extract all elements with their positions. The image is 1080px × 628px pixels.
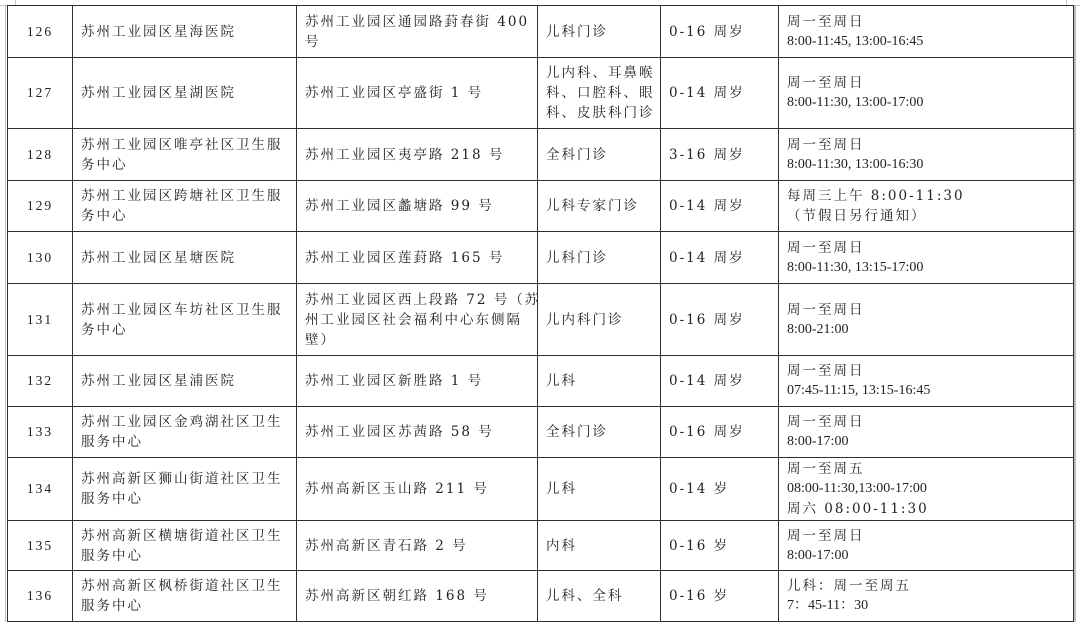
department: 儿科	[538, 458, 661, 521]
opening-hours: 儿科：周一至周五7：45-11：30	[779, 571, 1074, 622]
hours-day-line: 周一至周日	[787, 238, 1065, 258]
table-row: 129 苏州工业园区跨塘社区卫生服务中心 苏州工业园区蠡塘路 99 号 儿科专家…	[8, 181, 1074, 232]
facility-name: 苏州高新区狮山街道社区卫生服务中心	[73, 458, 297, 521]
hours-time-line: 8:00-17:00	[787, 546, 1065, 566]
facility-address-line: 苏州工业园区新胜路 1 号	[305, 371, 529, 391]
clinic-table: 126 苏州工业园区星海医院 苏州工业园区通园路葑春街 400号 儿科门诊 0-…	[7, 5, 1074, 622]
hours-time-line: 8:00-11:30, 13:15-17:00	[787, 258, 1065, 278]
hours-day-line: 周一至周日	[787, 135, 1065, 155]
hours-time-line: 8:00-11:30, 13:00-17:00	[787, 93, 1065, 113]
department: 儿科专家门诊	[538, 181, 661, 232]
department-line: 儿科	[546, 371, 652, 391]
row-number: 132	[8, 356, 73, 407]
facility-address-line: 苏州工业园区西上段路 72 号（苏	[305, 290, 529, 310]
row-number: 126	[8, 6, 73, 58]
department: 全科门诊	[538, 407, 661, 458]
age-range: 0-16 周岁	[661, 6, 779, 58]
hours-time-line: 08:00-11:30,13:00-17:00	[787, 479, 1065, 499]
age-range: 0-16 周岁	[661, 407, 779, 458]
age-range: 0-14 周岁	[661, 356, 779, 407]
table-body: 126 苏州工业园区星海医院 苏州工业园区通园路葑春街 400号 儿科门诊 0-…	[8, 6, 1074, 622]
facility-name-line: 苏州工业园区星海医院	[81, 22, 288, 42]
hours-time-line: 7：45-11：30	[787, 596, 1065, 616]
facility-address-line: 苏州工业园区蠡塘路 99 号	[305, 196, 529, 216]
facility-name: 苏州工业园区跨塘社区卫生服务中心	[73, 181, 297, 232]
department: 儿内科门诊	[538, 284, 661, 356]
facility-address: 苏州工业园区通园路葑春街 400号	[297, 6, 538, 58]
facility-name: 苏州工业园区车坊社区卫生服务中心	[73, 284, 297, 356]
age-range: 0-16 岁	[661, 571, 779, 622]
facility-name-line: 苏州高新区狮山街道社区卫生	[81, 469, 288, 489]
facility-name-line: 苏州工业园区星塘医院	[81, 248, 288, 268]
department: 儿科门诊	[538, 232, 661, 284]
facility-address-line: 苏州高新区玉山路 211 号	[305, 479, 529, 499]
facility-name-line: 服务中心	[81, 596, 288, 616]
hours-time-line: 07:45-11:15, 13:15-16:45	[787, 381, 1065, 401]
facility-name: 苏州高新区枫桥街道社区卫生服务中心	[73, 571, 297, 622]
facility-address-line: 苏州工业园区莲葑路 165 号	[305, 248, 529, 268]
facility-address-line: 苏州高新区青石路 2 号	[305, 536, 529, 556]
facility-name-line: 苏州工业园区金鸡湖社区卫生	[81, 412, 288, 432]
table-row: 130 苏州工业园区星塘医院 苏州工业园区莲葑路 165 号 儿科门诊 0-14…	[8, 232, 1074, 284]
facility-name-line: 务中心	[81, 155, 288, 175]
hours-day-line: 周一至周五	[787, 459, 1065, 479]
facility-address: 苏州工业园区蠡塘路 99 号	[297, 181, 538, 232]
hours-time-line: 8:00-21:00	[787, 320, 1065, 340]
facility-address-line: 苏州工业园区通园路葑春街 400	[305, 12, 529, 32]
opening-hours: 周一至周五08:00-11:30,13:00-17:00周六 08:00-11:…	[779, 458, 1074, 521]
department-line: 科、皮肤科门诊	[546, 103, 652, 123]
facility-name: 苏州高新区横塘街道社区卫生服务中心	[73, 521, 297, 571]
table-row: 136 苏州高新区枫桥街道社区卫生服务中心 苏州高新区朝红路 168 号 儿科、…	[8, 571, 1074, 622]
facility-name-line: 服务中心	[81, 432, 288, 452]
row-number: 127	[8, 58, 73, 129]
department-line: 内科	[546, 536, 652, 556]
facility-name-line: 苏州工业园区跨塘社区卫生服	[81, 186, 288, 206]
age-range: 0-14 岁	[661, 458, 779, 521]
facility-address: 苏州工业园区莲葑路 165 号	[297, 232, 538, 284]
department-line: 科、口腔科、眼	[546, 83, 652, 103]
facility-name: 苏州工业园区星海医院	[73, 6, 297, 58]
facility-address-line: 州工业园区社会福利中心东侧隔	[305, 310, 529, 330]
hours-time-line: 8:00-17:00	[787, 432, 1065, 452]
row-number: 130	[8, 232, 73, 284]
department-line: 全科门诊	[546, 145, 652, 165]
table-row: 133 苏州工业园区金鸡湖社区卫生服务中心 苏州工业园区苏茜路 58 号 全科门…	[8, 407, 1074, 458]
opening-hours: 周一至周日8:00-17:00	[779, 521, 1074, 571]
facility-address-line: 苏州工业园区夷亭路 218 号	[305, 145, 529, 165]
facility-address: 苏州高新区玉山路 211 号	[297, 458, 538, 521]
table-row: 132 苏州工业园区星浦医院 苏州工业园区新胜路 1 号 儿科 0-14 周岁 …	[8, 356, 1074, 407]
opening-hours: 周一至周日8:00-11:30, 13:00-16:30	[779, 129, 1074, 181]
age-range: 0-14 周岁	[661, 232, 779, 284]
age-range: 0-16 岁	[661, 521, 779, 571]
facility-address-line: 苏州高新区朝红路 168 号	[305, 586, 529, 606]
facility-address: 苏州工业园区夷亭路 218 号	[297, 129, 538, 181]
department-line: 儿内科、耳鼻喉	[546, 63, 652, 83]
facility-address-line: 苏州工业园区苏茜路 58 号	[305, 422, 529, 442]
row-number: 134	[8, 458, 73, 521]
table-row: 134 苏州高新区狮山街道社区卫生服务中心 苏州高新区玉山路 211 号 儿科 …	[8, 458, 1074, 521]
age-range: 0-14 周岁	[661, 181, 779, 232]
hours-day-line: 每周三上午 8:00-11:30	[787, 186, 1065, 206]
department: 儿科	[538, 356, 661, 407]
facility-address: 苏州工业园区苏茜路 58 号	[297, 407, 538, 458]
department-line: 全科门诊	[546, 422, 652, 442]
table-row: 127 苏州工业园区星湖医院 苏州工业园区亭盛街 1 号 儿内科、耳鼻喉科、口腔…	[8, 58, 1074, 129]
facility-address: 苏州高新区青石路 2 号	[297, 521, 538, 571]
hours-day-line: 周一至周日	[787, 300, 1065, 320]
facility-name-line: 苏州工业园区唯亭社区卫生服	[81, 135, 288, 155]
hours-day-line: 儿科：周一至周五	[787, 576, 1065, 596]
hours-time-line: 8:00-11:30, 13:00-16:30	[787, 155, 1065, 175]
hours-day-line: （节假日另行通知）	[787, 206, 1065, 226]
row-number: 128	[8, 129, 73, 181]
department-line: 儿科门诊	[546, 22, 652, 42]
hours-day-line: 周一至周日	[787, 361, 1065, 381]
facility-name-line: 苏州工业园区星浦医院	[81, 371, 288, 391]
age-range: 3-16 周岁	[661, 129, 779, 181]
table-row: 135 苏州高新区横塘街道社区卫生服务中心 苏州高新区青石路 2 号 内科 0-…	[8, 521, 1074, 571]
row-number: 135	[8, 521, 73, 571]
department-line: 儿科	[546, 479, 652, 499]
age-range: 0-16 周岁	[661, 284, 779, 356]
hours-day-line: 周六 08:00-11:30	[787, 499, 1065, 519]
age-range: 0-14 周岁	[661, 58, 779, 129]
hours-day-line: 周一至周日	[787, 12, 1065, 32]
facility-address: 苏州工业园区亭盛街 1 号	[297, 58, 538, 129]
opening-hours: 周一至周日07:45-11:15, 13:15-16:45	[779, 356, 1074, 407]
row-number: 131	[8, 284, 73, 356]
opening-hours: 周一至周日8:00-21:00	[779, 284, 1074, 356]
opening-hours: 周一至周日8:00-17:00	[779, 407, 1074, 458]
opening-hours: 周一至周日8:00-11:45, 13:00-16:45	[779, 6, 1074, 58]
department: 儿科门诊	[538, 6, 661, 58]
row-number: 133	[8, 407, 73, 458]
facility-name-line: 务中心	[81, 206, 288, 226]
department: 全科门诊	[538, 129, 661, 181]
facility-address-line: 号	[305, 32, 529, 52]
department: 内科	[538, 521, 661, 571]
facility-name-line: 苏州工业园区星湖医院	[81, 83, 288, 103]
row-number: 136	[8, 571, 73, 622]
department-line: 儿科专家门诊	[546, 196, 652, 216]
facility-address: 苏州工业园区西上段路 72 号（苏州工业园区社会福利中心东侧隔壁）	[297, 284, 538, 356]
table-row: 126 苏州工业园区星海医院 苏州工业园区通园路葑春街 400号 儿科门诊 0-…	[8, 6, 1074, 58]
table-row: 128 苏州工业园区唯亭社区卫生服务中心 苏州工业园区夷亭路 218 号 全科门…	[8, 129, 1074, 181]
facility-address: 苏州工业园区新胜路 1 号	[297, 356, 538, 407]
facility-name-line: 苏州高新区横塘街道社区卫生	[81, 526, 288, 546]
department-line: 儿科门诊	[546, 248, 652, 268]
table-row: 131 苏州工业园区车坊社区卫生服务中心 苏州工业园区西上段路 72 号（苏州工…	[8, 284, 1074, 356]
department-line: 儿内科门诊	[546, 310, 652, 330]
hours-time-line: 8:00-11:45, 13:00-16:45	[787, 32, 1065, 52]
department-line: 儿科、全科	[546, 586, 652, 606]
facility-name-line: 服务中心	[81, 546, 288, 566]
facility-name: 苏州工业园区唯亭社区卫生服务中心	[73, 129, 297, 181]
facility-name-line: 务中心	[81, 320, 288, 340]
facility-name-line: 苏州工业园区车坊社区卫生服	[81, 300, 288, 320]
page-edge	[1074, 5, 1076, 622]
facility-address-line: 壁）	[305, 330, 529, 350]
facility-address: 苏州高新区朝红路 168 号	[297, 571, 538, 622]
opening-hours: 每周三上午 8:00-11:30（节假日另行通知）	[779, 181, 1074, 232]
row-number: 129	[8, 181, 73, 232]
hours-day-line: 周一至周日	[787, 526, 1065, 546]
facility-name: 苏州工业园区星塘医院	[73, 232, 297, 284]
page-edge	[5, 5, 6, 622]
department: 儿内科、耳鼻喉科、口腔科、眼科、皮肤科门诊	[538, 58, 661, 129]
opening-hours: 周一至周日8:00-11:30, 13:15-17:00	[779, 232, 1074, 284]
hours-day-line: 周一至周日	[787, 412, 1065, 432]
department: 儿科、全科	[538, 571, 661, 622]
facility-name: 苏州工业园区金鸡湖社区卫生服务中心	[73, 407, 297, 458]
opening-hours: 周一至周日8:00-11:30, 13:00-17:00	[779, 58, 1074, 129]
facility-name-line: 服务中心	[81, 489, 288, 509]
facility-address-line: 苏州工业园区亭盛街 1 号	[305, 83, 529, 103]
facility-name-line: 苏州高新区枫桥街道社区卫生	[81, 576, 288, 596]
hours-day-line: 周一至周日	[787, 73, 1065, 93]
facility-name: 苏州工业园区星湖医院	[73, 58, 297, 129]
facility-name: 苏州工业园区星浦医院	[73, 356, 297, 407]
